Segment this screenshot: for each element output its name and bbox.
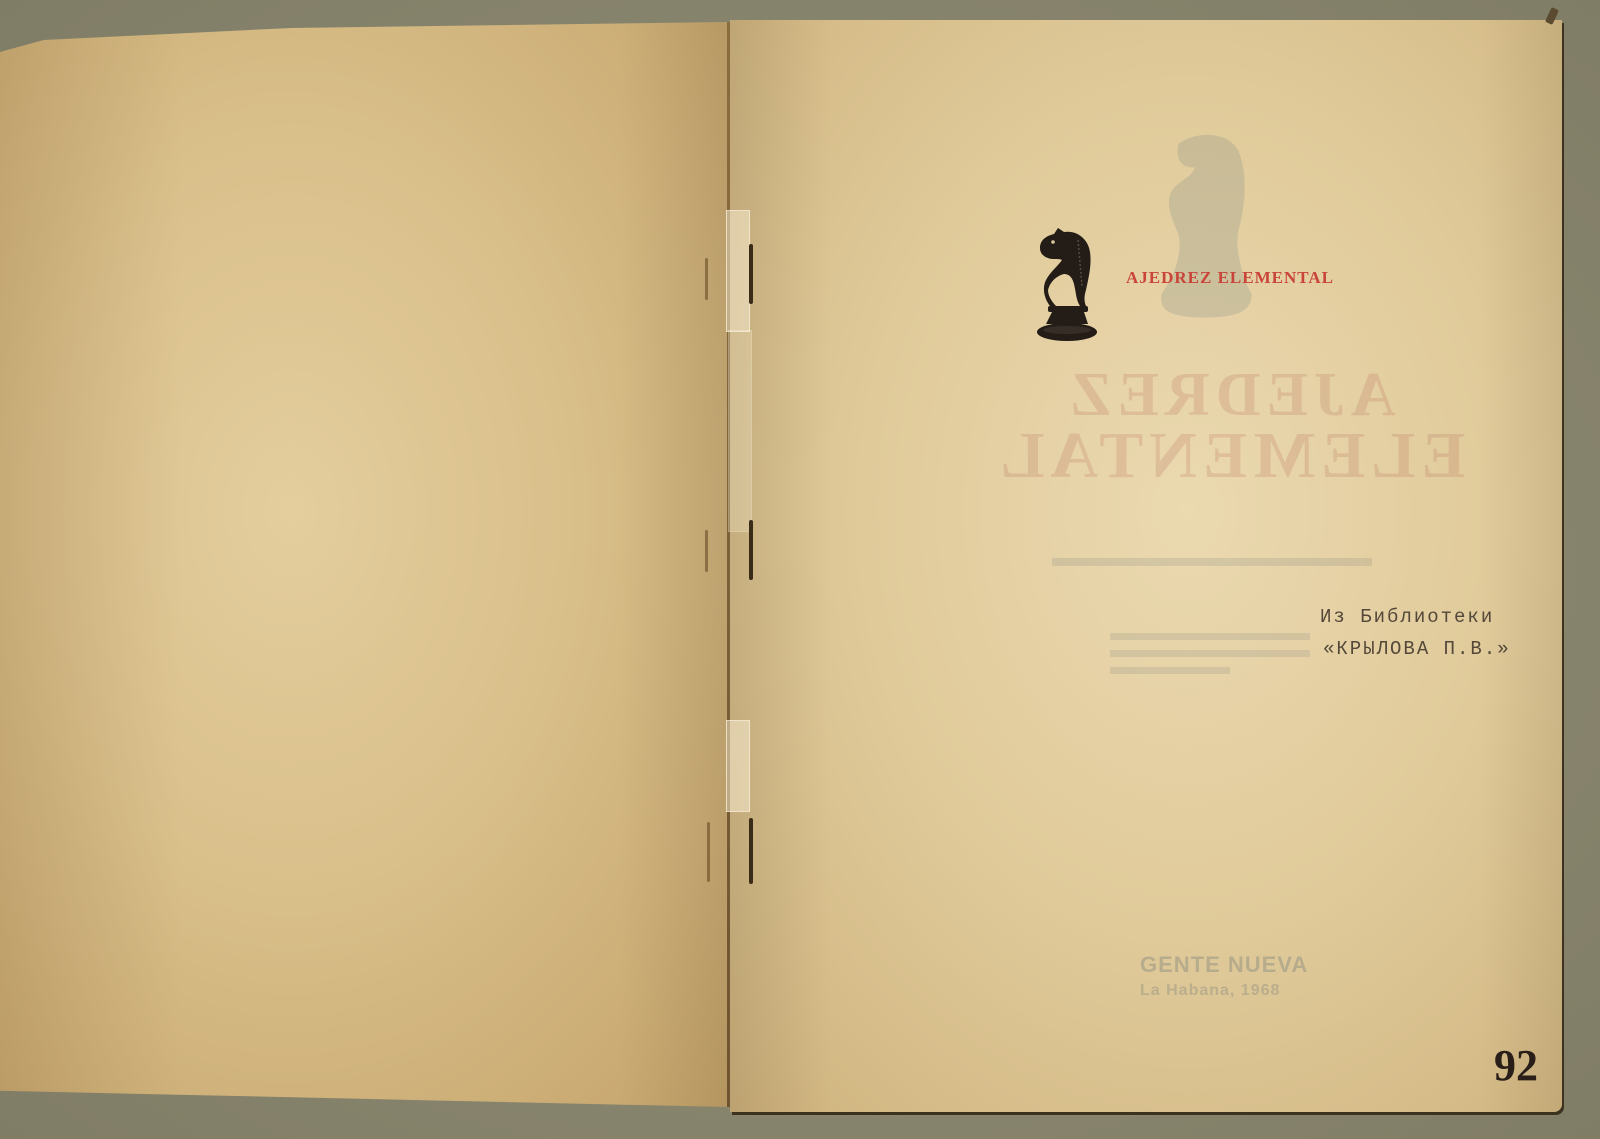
show-through-text <box>1110 633 1310 640</box>
staple-hole <box>705 258 708 300</box>
book-spine <box>727 22 730 1107</box>
spine-tape <box>726 210 750 332</box>
right-page <box>730 20 1562 1112</box>
show-through-title-line2: ELEMENTAL <box>950 418 1510 494</box>
left-page <box>0 22 728 1107</box>
staple-hole <box>707 822 710 882</box>
spine-tape <box>726 720 750 812</box>
show-through-text <box>1052 558 1372 566</box>
show-through-text <box>1110 650 1310 657</box>
staple <box>749 520 753 580</box>
chess-knight-icon <box>1036 226 1098 344</box>
staple <box>749 818 753 884</box>
staple <box>749 244 753 304</box>
book-title: AJEDREZ ELEMENTAL <box>1126 268 1334 288</box>
show-through-city-year: La Habana, 1968 <box>1140 982 1280 1000</box>
library-stamp-line1: Из Библиотеки <box>1320 606 1494 628</box>
show-through-publisher: GENTE NUEVA <box>1140 952 1308 978</box>
staple-hole <box>705 530 708 572</box>
library-stamp-line2: «КРЫЛОВА П.В.» <box>1323 638 1511 660</box>
show-through-text <box>1110 667 1230 674</box>
spine-tape <box>728 330 752 532</box>
show-through-knight-icon <box>1155 120 1255 335</box>
page-number: 92 <box>1494 1040 1538 1091</box>
